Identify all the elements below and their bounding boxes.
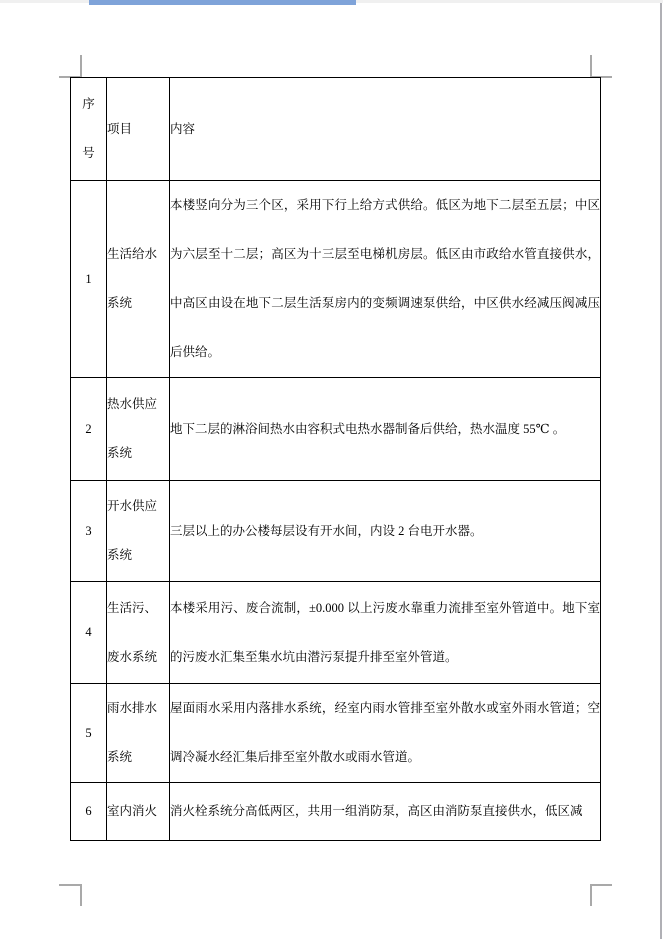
row-number: 4 (71, 582, 107, 684)
table-row: 5 雨水排水系统 屋面雨水采用内落排水系统，经室内雨水管排至室外散水或室外雨水管… (71, 684, 601, 783)
row-number: 6 (71, 783, 107, 841)
row-number: 2 (71, 378, 107, 481)
project-label: 生活污、废水系统 (107, 582, 170, 684)
project-label: 开水供应系统 (107, 481, 170, 582)
text-boundary-mark-bottom-left-v (80, 884, 82, 906)
text-boundary-mark-bottom-right-h (590, 884, 612, 886)
text-boundary-mark-top-left-v (80, 55, 82, 77)
text-boundary-mark-top-right-v (590, 55, 592, 77)
project-label: 雨水排水系统 (107, 684, 170, 783)
table-row: 3 开水供应系统 三层以上的办公楼每层设有开水间，内设 2 台电开水器。 (71, 481, 601, 582)
content-text: 本楼竖向分为三个区，采用下行上给方式供给。低区为地下二层至五层；中区为六层至十二… (170, 181, 601, 378)
project-label: 室内消火 (107, 783, 170, 841)
table-row: 2 热水供应系统 地下二层的淋浴间热水由容积式电热水器制备后供给，热水温度 55… (71, 378, 601, 481)
header-cell-xiangmu: 项目 (107, 78, 170, 181)
header-cell-xuhao: 序 号 (71, 78, 107, 181)
content-text: 三层以上的办公楼每层设有开水间，内设 2 台电开水器。 (170, 481, 601, 582)
top-accent-bar (89, 0, 356, 5)
text-boundary-mark-bottom-left-h (59, 884, 81, 886)
row-number: 5 (71, 684, 107, 783)
row-number: 3 (71, 481, 107, 582)
project-label: 热水供应系统 (107, 378, 170, 481)
content-text: 本楼采用污、废合流制，±0.000 以上污废水靠重力流排至室外管道中。地下室的污… (170, 582, 601, 684)
text-boundary-mark-bottom-right-v (590, 884, 592, 906)
project-label: 生活给水系统 (107, 181, 170, 378)
page-right-edge (660, 3, 662, 939)
table-row: 4 生活污、废水系统 本楼采用污、废合流制，±0.000 以上污废水靠重力流排至… (71, 582, 601, 684)
systems-table: 序 号 项目 内容 1 生活给水系统 本楼竖向分为三个区，采用下行上给方式供给。… (70, 77, 601, 841)
content-text: 地下二层的淋浴间热水由容积式电热水器制备后供给，热水温度 55℃ 。 (170, 378, 601, 481)
table-row: 1 生活给水系统 本楼竖向分为三个区，采用下行上给方式供给。低区为地下二层至五层… (71, 181, 601, 378)
content-text: 屋面雨水采用内落排水系统，经室内雨水管排至室外散水或室外雨水管道；空调冷凝水经汇… (170, 684, 601, 783)
table-row: 6 室内消火 消火栓系统分高低两区，共用一组消防泵，高区由消防泵直接供水，低区减 (71, 783, 601, 841)
table-header-row: 序 号 项目 内容 (71, 78, 601, 181)
header-cell-neirong: 内容 (170, 78, 601, 181)
row-number: 1 (71, 181, 107, 378)
content-text: 消火栓系统分高低两区，共用一组消防泵，高区由消防泵直接供水，低区减 (170, 783, 601, 841)
